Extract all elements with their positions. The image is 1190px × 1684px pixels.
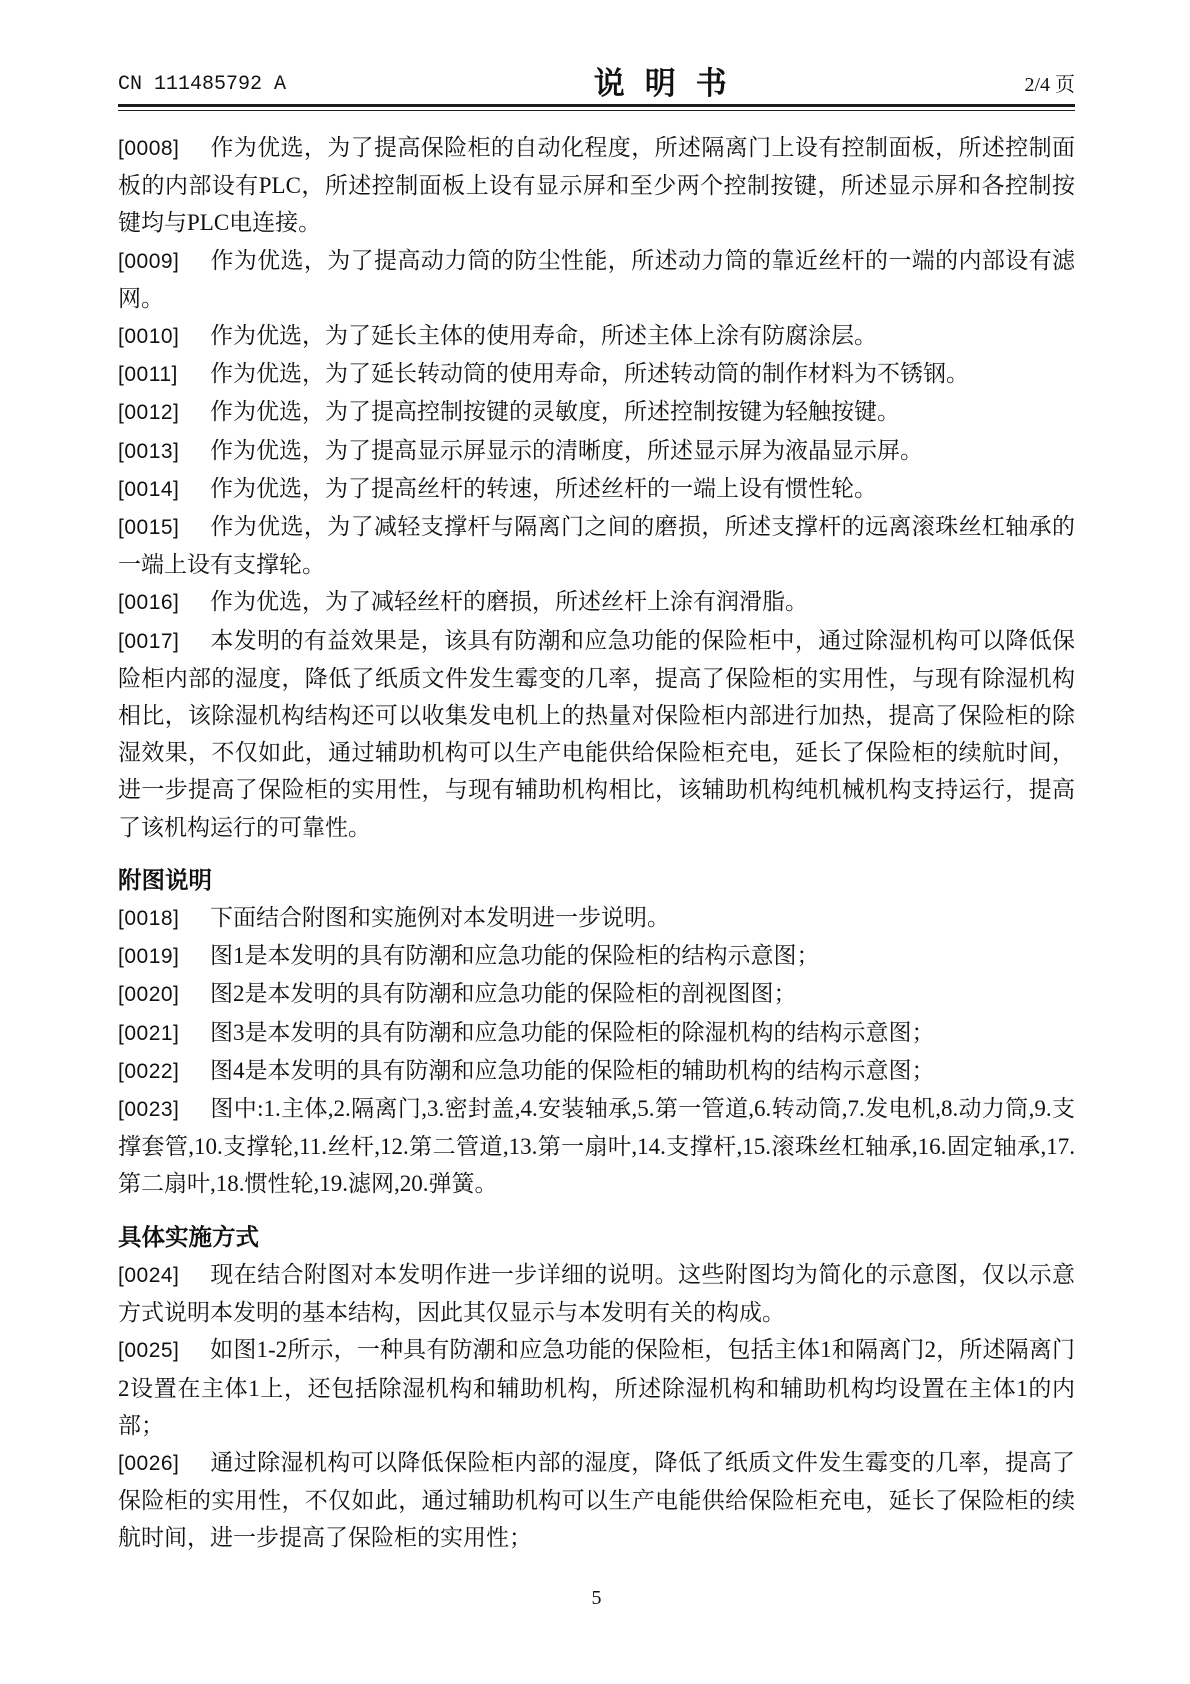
section-heading: 具体实施方式 bbox=[118, 1219, 1075, 1256]
paragraph-label: [0014] bbox=[118, 471, 210, 508]
paragraph: [0025]如图1-2所示，一种具有防潮和应急功能的保险柜，包括主体1和隔离门2… bbox=[118, 1331, 1075, 1444]
paragraph-text: 作为优选，为了提高丝杆的转速，所述丝杆的一端上设有惯性轮。 bbox=[210, 476, 877, 501]
paragraph-text: 图中:1.主体,2.隔离门,3.密封盖,4.安装轴承,5.第一管道,6.转动筒,… bbox=[118, 1096, 1075, 1196]
paragraph-text: 如图1-2所示，一种具有防潮和应急功能的保险柜，包括主体1和隔离门2，所述隔离门… bbox=[118, 1337, 1075, 1437]
section-heading: 附图说明 bbox=[118, 862, 1075, 899]
paragraph-label: [0013] bbox=[118, 433, 210, 470]
paragraph-label: [0017] bbox=[118, 623, 210, 660]
paragraph-label: [0024] bbox=[118, 1257, 210, 1294]
paragraph-text: 作为优选，为了减轻支撑杆与隔离门之间的磨损，所述支撑杆的远离滚珠丝杠轴承的一端上… bbox=[118, 514, 1075, 577]
paragraph-label: [0018] bbox=[118, 900, 210, 937]
paragraph: [0013]作为优选，为了提高显示屏显示的清晰度，所述显示屏为液晶显示屏。 bbox=[118, 432, 1075, 470]
paragraph: [0022]图4是本发明的具有防潮和应急功能的保险柜的辅助机构的结构示意图； bbox=[118, 1052, 1075, 1090]
patent-document-page: CN 111485792 A 说明书 2/4 页 [0008]作为优选，为了提高… bbox=[0, 0, 1190, 1684]
paragraph: [0024]现在结合附图对本发明作进一步详细的说明。这些附图均为简化的示意图，仅… bbox=[118, 1256, 1075, 1331]
page-footer: 5 bbox=[118, 1583, 1075, 1613]
paragraph-text: 现在结合附图对本发明作进一步详细的说明。这些附图均为简化的示意图，仅以示意方式说… bbox=[118, 1262, 1075, 1325]
paragraph-text: 下面结合附图和实施例对本发明进一步说明。 bbox=[210, 905, 670, 930]
paragraph: [0012]作为优选，为了提高控制按键的灵敏度，所述控制按键为轻触按键。 bbox=[118, 393, 1075, 431]
paragraph-label: [0022] bbox=[118, 1053, 210, 1090]
paragraph-label: [0015] bbox=[118, 509, 210, 546]
paragraph-text: 图4是本发明的具有防潮和应急功能的保险柜的辅助机构的结构示意图； bbox=[210, 1058, 935, 1083]
paragraph-text: 作为优选，为了提高动力筒的防尘性能，所述动力筒的靠近丝杆的一端的内部设有滤网。 bbox=[118, 248, 1075, 311]
paragraph-label: [0026] bbox=[118, 1445, 210, 1482]
page-number: 5 bbox=[592, 1587, 602, 1609]
paragraph-text: 通过除湿机构可以降低保险柜内部的湿度，降低了纸质文件发生霉变的几率，提高了保险柜… bbox=[118, 1450, 1075, 1550]
paragraph-label: [0019] bbox=[118, 938, 210, 975]
paragraph: [0010]作为优选，为了延长主体的使用寿命，所述主体上涂有防腐涂层。 bbox=[118, 317, 1075, 355]
document-title: 说明书 bbox=[594, 68, 747, 99]
paragraph-text: 作为优选，为了延长转动筒的使用寿命，所述转动筒的制作材料为不锈钢。 bbox=[210, 361, 969, 386]
document-body: [0008]作为优选，为了提高保险柜的自动化程度，所述隔离门上设有控制面板，所述… bbox=[118, 129, 1075, 1557]
paragraph-text: 作为优选，为了延长主体的使用寿命，所述主体上涂有防腐涂层。 bbox=[210, 323, 877, 348]
paragraph-label: [0009] bbox=[118, 243, 210, 280]
paragraph-text: 图2是本发明的具有防潮和应急功能的保险柜的剖视图图； bbox=[210, 981, 797, 1006]
page-header: CN 111485792 A 说明书 2/4 页 bbox=[118, 0, 1075, 95]
paragraph: [0017]本发明的有益效果是，该具有防潮和应急功能的保险柜中，通过除湿机构可以… bbox=[118, 622, 1075, 846]
header-double-rule bbox=[118, 104, 1075, 111]
paragraph-label: [0023] bbox=[118, 1091, 210, 1128]
paragraph-label: [0012] bbox=[118, 394, 210, 431]
paragraph: [0014]作为优选，为了提高丝杆的转速，所述丝杆的一端上设有惯性轮。 bbox=[118, 470, 1075, 508]
paragraph-text: 图1是本发明的具有防潮和应急功能的保险柜的结构示意图； bbox=[210, 943, 820, 968]
paragraph-label: [0008] bbox=[118, 130, 210, 167]
paragraph: [0019]图1是本发明的具有防潮和应急功能的保险柜的结构示意图； bbox=[118, 937, 1075, 975]
paragraph-text: 作为优选，为了提高保险柜的自动化程度，所述隔离门上设有控制面板，所述控制面板的内… bbox=[118, 135, 1075, 235]
paragraph: [0009]作为优选，为了提高动力筒的防尘性能，所述动力筒的靠近丝杆的一端的内部… bbox=[118, 242, 1075, 317]
paragraph: [0008]作为优选，为了提高保险柜的自动化程度，所述隔离门上设有控制面板，所述… bbox=[118, 129, 1075, 242]
paragraph-label: [0020] bbox=[118, 976, 210, 1013]
page-indicator: 2/4 页 bbox=[1024, 75, 1075, 95]
paragraph-label: [0010] bbox=[118, 318, 210, 355]
paragraph-label: [0021] bbox=[118, 1015, 210, 1052]
paragraph: [0018]下面结合附图和实施例对本发明进一步说明。 bbox=[118, 899, 1075, 937]
paragraph-text: 作为优选，为了提高显示屏显示的清晰度，所述显示屏为液晶显示屏。 bbox=[210, 438, 923, 463]
paragraph: [0026]通过除湿机构可以降低保险柜内部的湿度，降低了纸质文件发生霉变的几率，… bbox=[118, 1444, 1075, 1557]
paragraph-text: 本发明的有益效果是，该具有防潮和应急功能的保险柜中，通过除湿机构可以降低保险柜内… bbox=[118, 628, 1075, 840]
paragraph-label: [0025] bbox=[118, 1332, 210, 1369]
document-number: CN 111485792 A bbox=[118, 75, 286, 95]
paragraph: [0020]图2是本发明的具有防潮和应急功能的保险柜的剖视图图； bbox=[118, 975, 1075, 1013]
paragraph-label: [0011] bbox=[118, 356, 210, 393]
paragraph: [0011]作为优选，为了延长转动筒的使用寿命，所述转动筒的制作材料为不锈钢。 bbox=[118, 355, 1075, 393]
paragraph: [0015]作为优选，为了减轻支撑杆与隔离门之间的磨损，所述支撑杆的远离滚珠丝杠… bbox=[118, 508, 1075, 583]
paragraph: [0023]图中:1.主体,2.隔离门,3.密封盖,4.安装轴承,5.第一管道,… bbox=[118, 1090, 1075, 1203]
paragraph-label: [0016] bbox=[118, 584, 210, 621]
paragraph-text: 图3是本发明的具有防潮和应急功能的保险柜的除湿机构的结构示意图； bbox=[210, 1020, 935, 1045]
paragraph-text: 作为优选，为了减轻丝杆的磨损，所述丝杆上涂有润滑脂。 bbox=[210, 589, 808, 614]
paragraph-text: 作为优选，为了提高控制按键的灵敏度，所述控制按键为轻触按键。 bbox=[210, 399, 900, 424]
paragraph: [0016]作为优选，为了减轻丝杆的磨损，所述丝杆上涂有润滑脂。 bbox=[118, 583, 1075, 621]
paragraph: [0021]图3是本发明的具有防潮和应急功能的保险柜的除湿机构的结构示意图； bbox=[118, 1014, 1075, 1052]
